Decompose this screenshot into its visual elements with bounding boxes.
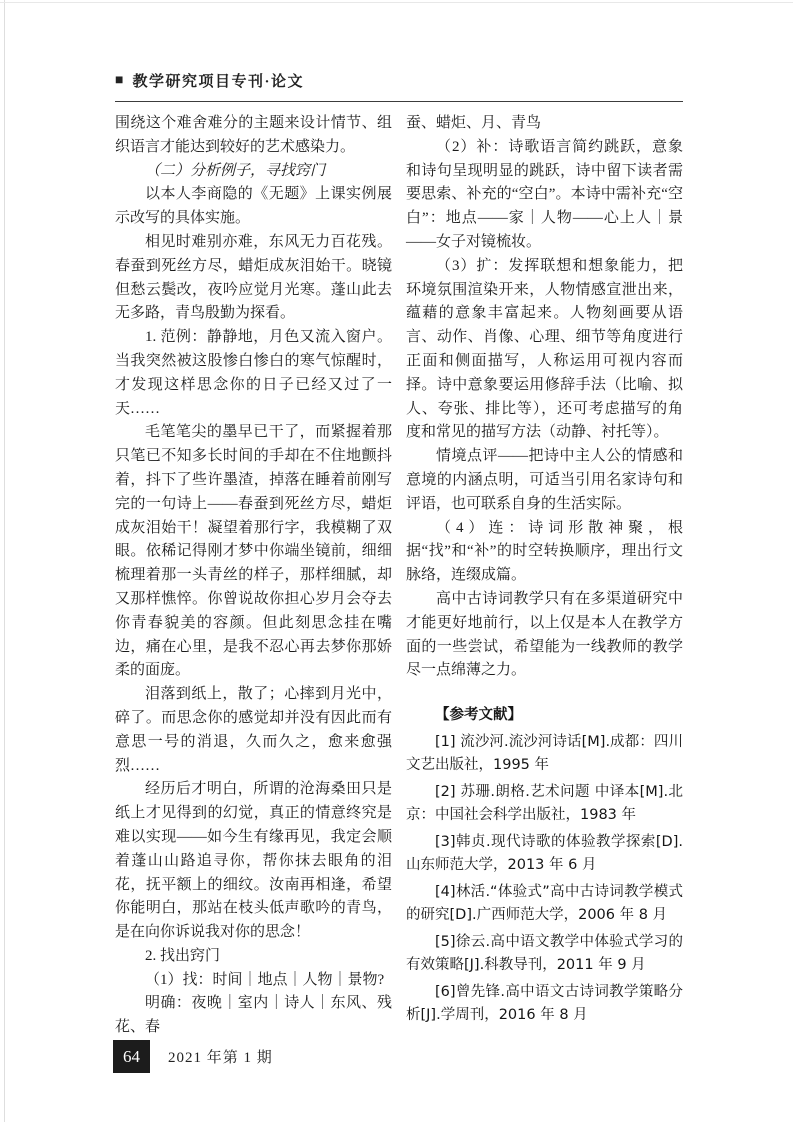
reference-item: [5]徐云.高中语文教学中体验式学习的有效策略[J].科教导刊，2011 年 9… [406, 931, 683, 977]
reference-item: [4]林活.“体验式”高中古诗词教学模式的研究[D].广西师范大学，2006 年… [406, 881, 683, 927]
page-number-badge: 64 [113, 1040, 150, 1073]
references-section: 【参考文献】 [1] 流沙河.流沙河诗话[M].成都：四川文艺出版社，1995 … [406, 704, 683, 1027]
paragraph: （2）补：诗歌语言简约跳跃，意象和诗句呈现明显的跳跃，诗中留下读者需要思索、补充… [406, 136, 683, 255]
list-heading: 2. 找出窍门 [115, 945, 392, 969]
paragraph: 毛笔笔尖的墨早已干了，而紧握着那只笔已不知多长时间的手却在不住地颤抖着，抖下了些… [115, 421, 392, 683]
reference-item: [6]曾先锋.高中语文古诗词教学策略分析[J].学周刊，2016 年 8 月 [406, 981, 683, 1027]
paragraph: 明确：夜晚｜室内｜诗人｜东风、残花、春 [115, 992, 392, 1040]
reference-item: [3]韩贞.现代诗歌的体验教学探索[D].山东师范大学，2013 年 6 月 [406, 831, 683, 877]
header-title: 教学研究项目专刊·论文 [132, 70, 304, 91]
poem-paragraph: 相见时难别亦难，东风无力百花残。春蚕到死丝方尽，蜡炬成灰泪始干。晓镜但愁云鬓改，… [115, 231, 392, 326]
issue-label: 2021 年第 1 期 [168, 1046, 273, 1067]
page-edge-left [4, 0, 5, 1122]
references-heading: 【参考文献】 [406, 704, 683, 727]
journal-page: ■ 教学研究项目专刊·论文 围绕这个难舍难分的主题来设计情节、组织语言才能达到较… [0, 0, 793, 1122]
paragraph: 高中古诗词教学只有在多渠道研究中才能更好地前行，以上仅是本人在教学方面的一些尝试… [406, 588, 683, 683]
paragraph: 泪落到纸上，散了；心摔到月光中，碎了。而思念你的感觉却并没有因此而有意思一号的消… [115, 683, 392, 778]
section-heading: （二）分析例子，寻找窍门 [115, 160, 392, 184]
black-square-icon: ■ [115, 74, 123, 88]
reference-item: [2] 苏珊.朗格.艺术问题 中译本[M].北京：中国社会科学出版社，1983 … [406, 781, 683, 827]
page-footer: 64 2021 年第 1 期 [113, 1040, 273, 1073]
paragraph: 蚕、蜡炬、月、青鸟 [406, 112, 683, 136]
header-rule [115, 101, 683, 102]
page-number: 64 [123, 1047, 140, 1067]
right-column: 蚕、蜡炬、月、青鸟 （2）补：诗歌语言简约跳跃，意象和诗句呈现明显的跳跃，诗中留… [406, 112, 683, 1040]
paragraph: （1）找：时间｜地点｜人物｜景物? [115, 969, 392, 993]
reference-item: [1] 流沙河.流沙河诗话[M].成都：四川文艺出版社，1995 年 [406, 731, 683, 777]
article-body: 围绕这个难舍难分的主题来设计情节、组织语言才能达到较好的艺术感染力。 （二）分析… [115, 112, 683, 1040]
paragraph: 围绕这个难舍难分的主题来设计情节、组织语言才能达到较好的艺术感染力。 [115, 112, 392, 160]
left-column: 围绕这个难舍难分的主题来设计情节、组织语言才能达到较好的艺术感染力。 （二）分析… [115, 112, 392, 1040]
paragraph: （3）扩：发挥联想和想象能力，把环境氛围渲染开来，人物情感宣泄出来，蕴藉的意象丰… [406, 255, 683, 445]
page-header: ■ 教学研究项目专刊·论文 [115, 70, 683, 91]
page-edge-top [0, 2, 793, 3]
paragraph: 以本人李商隐的《无题》上课实例展示改写的具体实施。 [115, 183, 392, 231]
paragraph: 经历后才明白，所谓的沧海桑田只是纸上才见得到的幻觉，真正的情意终究是难以实现——… [115, 778, 392, 945]
paragraph: 情境点评——把诗中主人公的情感和意境的内涵点明，可适当引用名家诗句和评语，也可联… [406, 445, 683, 516]
paragraph: 1. 范例：静静地，月色又流入窗户。当我突然被这股惨白惨白的寒气惊醒时，才发现这… [115, 326, 392, 421]
paragraph: （4）连：诗词形散神聚，根据“找”和“补”的时空转换顺序，理出行文脉络，连缀成篇… [406, 517, 683, 588]
